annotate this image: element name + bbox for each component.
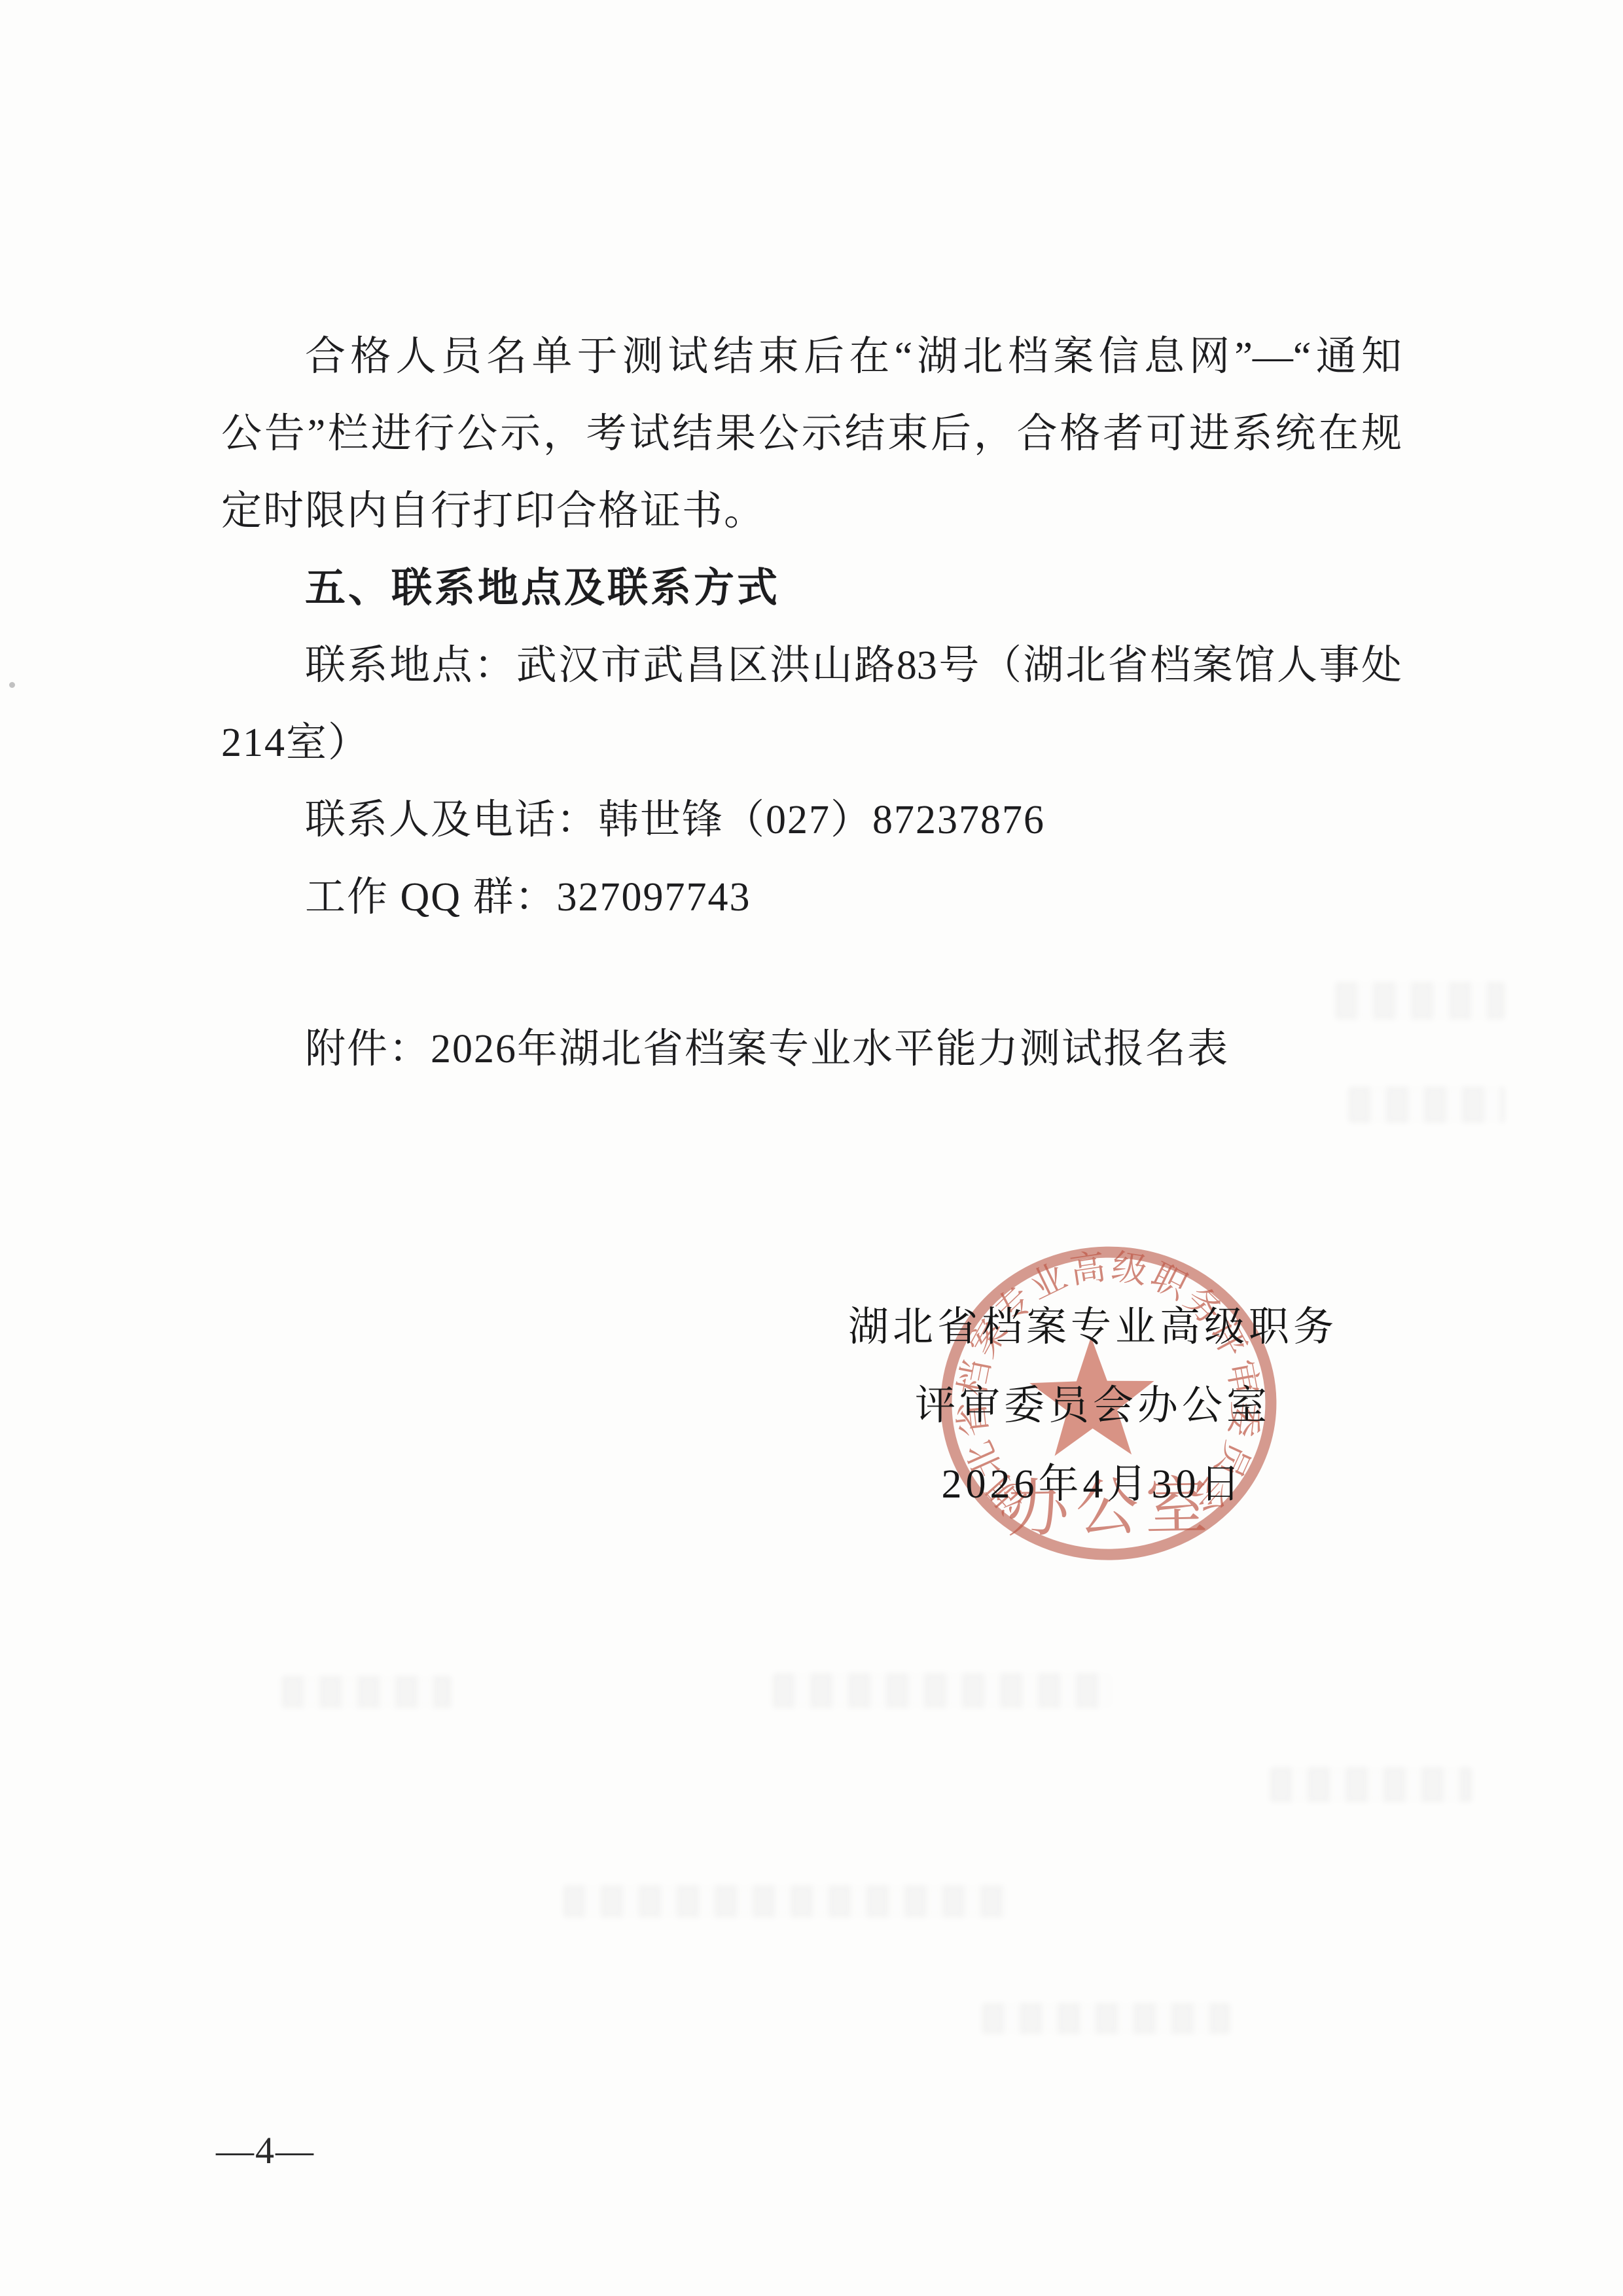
signature-org-line-2: 评审委员会办公室 bbox=[779, 1367, 1407, 1445]
attachment-line: 附件：2026年湖北省档案专业水平能力测试报名表 bbox=[221, 1011, 1402, 1088]
bleed-through-artifact bbox=[281, 1676, 452, 1708]
signature-date: 2026年4月30日 bbox=[779, 1445, 1407, 1524]
body-line-3: 定时限内自行打印合格证书。 bbox=[221, 473, 1402, 550]
body-line-5: 联系地点：武汉市武昌区洪山路83号（湖北省档案馆人事处 bbox=[221, 627, 1402, 704]
signature-org-line-1: 湖北省档案专业高级职务 bbox=[779, 1288, 1407, 1367]
document-page: 合格人员名单于测试结束后在“湖北档案信息网”—“通知 公告”栏进行公示，考试结果… bbox=[0, 0, 1623, 2296]
body-line-1: 合格人员名单于测试结束后在“湖北档案信息网”—“通知 bbox=[221, 318, 1402, 395]
bleed-through-artifact bbox=[772, 1673, 1113, 1708]
contact-person-line: 联系人及电话：韩世锋（027）87237876 bbox=[221, 781, 1402, 859]
scan-speck bbox=[9, 682, 15, 688]
bleed-through-artifact bbox=[1348, 1086, 1505, 1123]
bleed-through-artifact bbox=[1335, 982, 1505, 1020]
qq-group-line: 工作 QQ 群：327097743 bbox=[221, 859, 1402, 936]
bleed-through-artifact bbox=[563, 1885, 1008, 1918]
bleed-through-artifact bbox=[1270, 1767, 1472, 1803]
page-number: —4— bbox=[216, 2128, 315, 2172]
body-line-2: 公告”栏进行公示，考试结果公示结束后，合格者可进系统在规 bbox=[221, 395, 1402, 473]
bleed-through-artifact bbox=[982, 2003, 1230, 2034]
section-heading: 五、联系地点及联系方式 bbox=[221, 550, 1402, 627]
body-line-6: 214室） bbox=[221, 704, 1402, 781]
signature-block: 湖北省档案专业高级职务 评审委员会办公室 2026年4月30日 bbox=[779, 1288, 1407, 1524]
